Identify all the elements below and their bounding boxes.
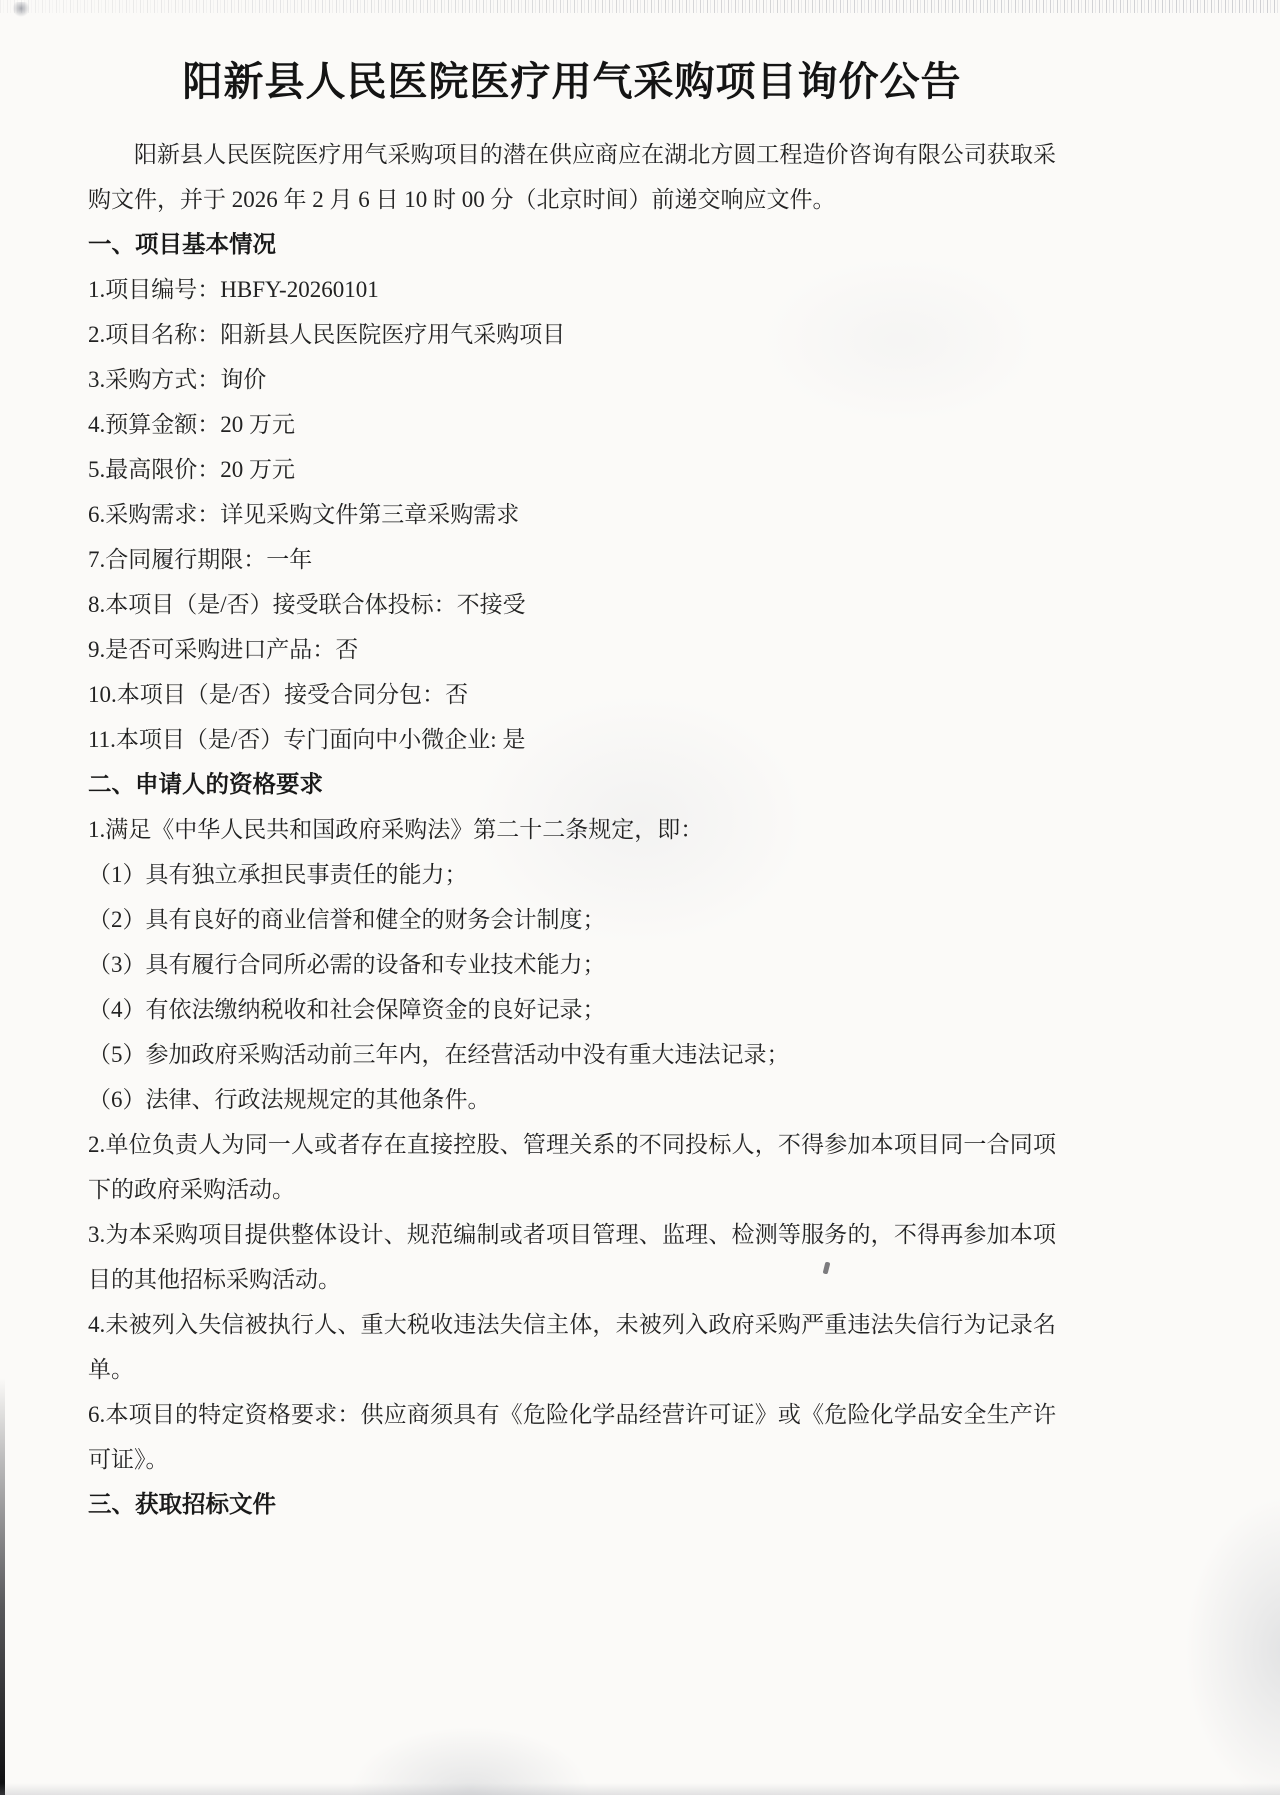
document-content: 阳新县人民医院医疗用气采购项目询价公告 阳新县人民医院医疗用气采购项目的潜在供应… bbox=[88, 58, 1056, 1527]
scan-blob-top-left bbox=[12, 2, 30, 18]
list-item: 2.项目名称：阳新县人民医院医疗用气采购项目 bbox=[88, 312, 1056, 357]
list-item: （3）具有履行合同所必需的设备和专业技术能力； bbox=[88, 942, 1056, 987]
list-item: 1.项目编号：HBFY-20260101 bbox=[88, 267, 1056, 312]
list-item: 10.本项目（是/否）接受合同分包：否 bbox=[88, 672, 1056, 717]
list-item: 7.合同履行期限：一年 bbox=[88, 537, 1056, 582]
list-item: 4.未被列入失信被执行人、重大税收违法失信主体，未被列入政府采购严重违法失信行为… bbox=[88, 1302, 1056, 1392]
list-item: 4.预算金额：20 万元 bbox=[88, 402, 1056, 447]
list-item: （5）参加政府采购活动前三年内，在经营活动中没有重大违法记录； bbox=[88, 1032, 1056, 1077]
section-2-heading: 二、申请人的资格要求 bbox=[88, 762, 1056, 807]
page-title: 阳新县人民医院医疗用气采购项目询价公告 bbox=[88, 58, 1056, 106]
list-item: （2）具有良好的商业信誉和健全的财务会计制度； bbox=[88, 897, 1056, 942]
list-item: 6.采购需求：详见采购文件第三章采购需求 bbox=[88, 492, 1056, 537]
list-item: （4）有依法缴纳税收和社会保障资金的良好记录； bbox=[88, 987, 1056, 1032]
list-item: （6）法律、行政法规规定的其他条件。 bbox=[88, 1077, 1056, 1122]
list-item: 8.本项目（是/否）接受联合体投标：不接受 bbox=[88, 582, 1056, 627]
scan-noise-top bbox=[0, 0, 1280, 13]
list-item: 9.是否可采购进口产品：否 bbox=[88, 627, 1056, 672]
section-1-heading: 一、项目基本情况 bbox=[88, 222, 1056, 267]
list-item: （1）具有独立承担民事责任的能力； bbox=[88, 852, 1056, 897]
list-item: 3.采购方式：询价 bbox=[88, 357, 1056, 402]
scan-shade-bottom bbox=[0, 1783, 1280, 1795]
intro-paragraph: 阳新县人民医院医疗用气采购项目的潜在供应商应在湖北方圆工程造价咨询有限公司获取采… bbox=[88, 132, 1056, 222]
list-item: 11.本项目（是/否）专门面向中小微企业: 是 bbox=[88, 717, 1056, 762]
list-item: 3.为本采购项目提供整体设计、规范编制或者项目管理、监理、检测等服务的，不得再参… bbox=[88, 1212, 1056, 1302]
section-3-heading: 三、获取招标文件 bbox=[88, 1482, 1056, 1527]
scanned-page: 阳新县人民医院医疗用气采购项目询价公告 阳新县人民医院医疗用气采购项目的潜在供应… bbox=[0, 0, 1280, 1795]
list-item: 1.满足《中华人民共和国政府采购法》第二十二条规定，即： bbox=[88, 807, 1056, 852]
list-item: 5.最高限价：20 万元 bbox=[88, 447, 1056, 492]
list-item: 6.本项目的特定资格要求：供应商须具有《危险化学品经营许可证》或《危险化学品安全… bbox=[88, 1392, 1056, 1482]
scan-edge-line bbox=[0, 1378, 5, 1795]
list-item: 2.单位负责人为同一人或者存在直接控股、管理关系的不同投标人，不得参加本项目同一… bbox=[88, 1122, 1056, 1212]
